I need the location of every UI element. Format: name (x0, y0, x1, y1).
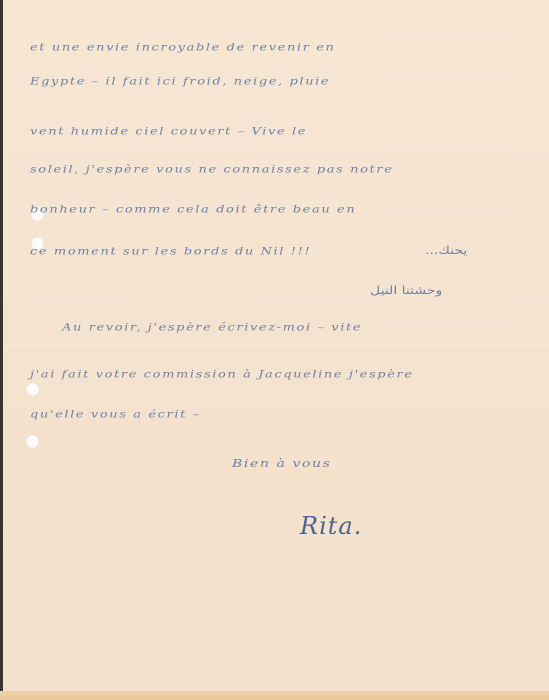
letter-line: et une envie incroyable de revenir en (30, 42, 336, 54)
letter-line: Egypte – il fait ici froid, neige, pluie (30, 76, 330, 88)
page-left-edge (0, 0, 3, 700)
letter-page: et une envie incroyable de revenir en Eg… (0, 0, 549, 700)
arabic-line: يحنك... (425, 245, 467, 258)
letter-line: soleil, j'espère vous ne connaissez pas … (30, 164, 393, 176)
signature: Rita. (300, 512, 362, 540)
letter-line: vent humide ciel couvert – Vive le (30, 126, 307, 138)
page-bottom-edge (0, 691, 549, 700)
punch-hole (26, 383, 39, 396)
punch-hole (26, 435, 39, 448)
letter-line: Au revoir, j'espère écrivez-moi – vite (62, 322, 362, 334)
arabic-line: وحشتنا النيل (370, 285, 442, 298)
letter-line: bonheur – comme cela doit être beau en (30, 204, 356, 216)
paper-fold-line (3, 345, 549, 346)
letter-line: j'ai fait votre commission à Jacqueline … (30, 369, 414, 381)
letter-line: qu'elle vous a écrit – (30, 409, 201, 421)
salutation: Bien à vous (232, 458, 331, 471)
letter-line: ce moment sur les bords du Nil !!! (30, 246, 311, 258)
